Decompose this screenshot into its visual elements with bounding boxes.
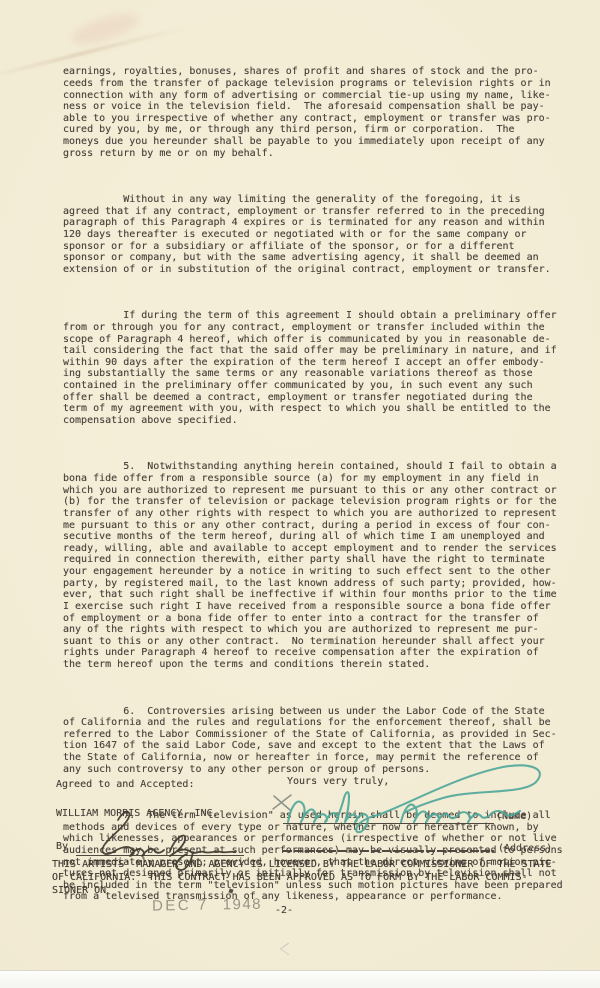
stamp-year: 1948 bbox=[223, 896, 263, 914]
address-label: (Address) bbox=[498, 843, 552, 855]
scan-background-strip bbox=[0, 970, 600, 988]
contract-paragraph-5: 5. Notwithstanding anything herein conta… bbox=[63, 461, 563, 670]
contract-paragraph-4b: Without in any way limiting the generali… bbox=[63, 194, 563, 275]
artist-signature-handwriting bbox=[268, 756, 568, 836]
page-number: -2- bbox=[275, 905, 293, 917]
by-label: By bbox=[56, 841, 68, 853]
stamp-month-day: DEC 7 bbox=[152, 897, 209, 915]
paper-sheet: earnings, royalties, bonuses, shares of … bbox=[0, 0, 600, 970]
approval-date-stamp: DEC 71948 bbox=[112, 879, 263, 933]
scanned-contract-page: earnings, royalties, bonuses, shares of … bbox=[0, 0, 600, 988]
faint-pencil-mark bbox=[280, 943, 298, 955]
contract-paragraph-4-continuation: earnings, royalties, bonuses, shares of … bbox=[63, 66, 563, 159]
contract-paragraph-4c: If during the term of this agreement I s… bbox=[63, 310, 563, 426]
address-line bbox=[283, 850, 494, 852]
agreed-accepted-label: Agreed to and Accepted: bbox=[56, 779, 194, 791]
